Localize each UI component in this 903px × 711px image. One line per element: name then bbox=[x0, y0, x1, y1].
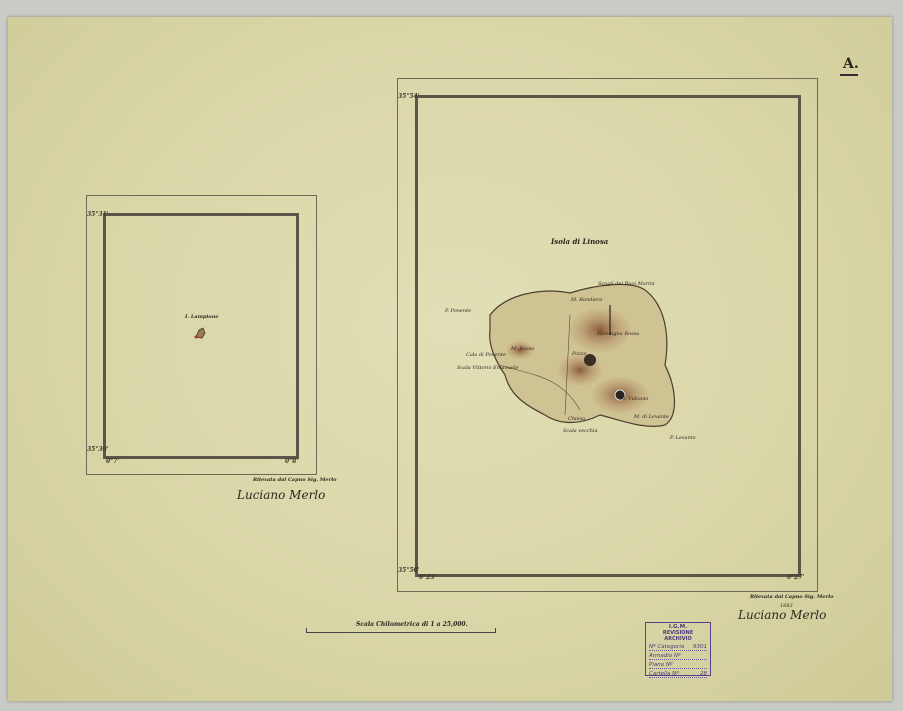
stamp-row-label: Armadio Nº bbox=[649, 653, 681, 659]
sheet-letter: A. bbox=[843, 56, 859, 72]
stamp-row: Armadio Nº bbox=[649, 653, 707, 660]
scale-bar bbox=[306, 628, 496, 633]
right-signature: Luciano Merlo bbox=[738, 608, 826, 622]
place-label: M. Rosso bbox=[511, 346, 534, 352]
place-label: Scogli dei Buoi Marini bbox=[598, 281, 655, 287]
stamp-row-label: Nº Categoria bbox=[649, 644, 684, 650]
stamp-subtitle: REVISIONE ARCHIVIO bbox=[649, 630, 707, 642]
letter-underline bbox=[840, 74, 858, 76]
archive-stamp: I.G.M. REVISIONE ARCHIVIO Nº Categoria93… bbox=[645, 622, 711, 676]
right-coord-x-right: 0°27' bbox=[787, 574, 804, 581]
right-credit: Rilevata dal Capno Sig. Merlo bbox=[750, 594, 833, 600]
place-label: Pozzo bbox=[572, 351, 586, 357]
right-coord-bottom: 35°50' bbox=[398, 567, 420, 574]
place-label: M. di Levante bbox=[634, 414, 669, 420]
stamp-row-value: 28 bbox=[700, 671, 707, 677]
scale-label: Scala Chilometrica di 1 a 25,000. bbox=[356, 621, 468, 628]
place-label: P. Ponente bbox=[445, 308, 471, 314]
linosa-title: Isola di Linosa bbox=[551, 237, 608, 246]
place-label: P. Levante bbox=[670, 435, 696, 441]
lampione-island-icon bbox=[193, 325, 209, 341]
place-label: Cala di Ponente bbox=[466, 352, 506, 358]
place-label: Montagna Rossa bbox=[597, 331, 639, 337]
place-label: Scala Vittorio Emanuele bbox=[457, 365, 518, 371]
place-label: M. Bandiera bbox=[571, 297, 602, 303]
left-signature: Luciano Merlo bbox=[237, 488, 325, 502]
stamp-row: Piano Nº bbox=[649, 662, 707, 669]
left-coord-top: 35°31' bbox=[87, 211, 109, 218]
left-coord-x-left: 0°7' bbox=[106, 458, 119, 465]
place-label: Chiesa bbox=[568, 416, 585, 422]
left-credit: Rilevata dal Capno Sig. Merlo bbox=[253, 477, 336, 483]
right-coord-top: 35°54' bbox=[398, 93, 420, 100]
stamp-row: Nº Categoria9301 bbox=[649, 644, 707, 651]
lampione-label: I. Lampione bbox=[185, 314, 218, 320]
place-label: M. Vulcano bbox=[620, 396, 648, 402]
right-coord-x-left: 0°23' bbox=[419, 574, 436, 581]
stamp-row-value: 9301 bbox=[693, 644, 707, 650]
left-coord-x-right: 0°8' bbox=[285, 458, 298, 465]
stamp-row-label: Cartella Nº bbox=[649, 671, 679, 677]
stamp-row-label: Piano Nº bbox=[649, 662, 673, 668]
left-coord-bottom: 35°30' bbox=[87, 446, 109, 453]
place-label: Scala vecchia bbox=[563, 428, 598, 434]
stamp-row: Cartella Nº28 bbox=[649, 671, 707, 678]
